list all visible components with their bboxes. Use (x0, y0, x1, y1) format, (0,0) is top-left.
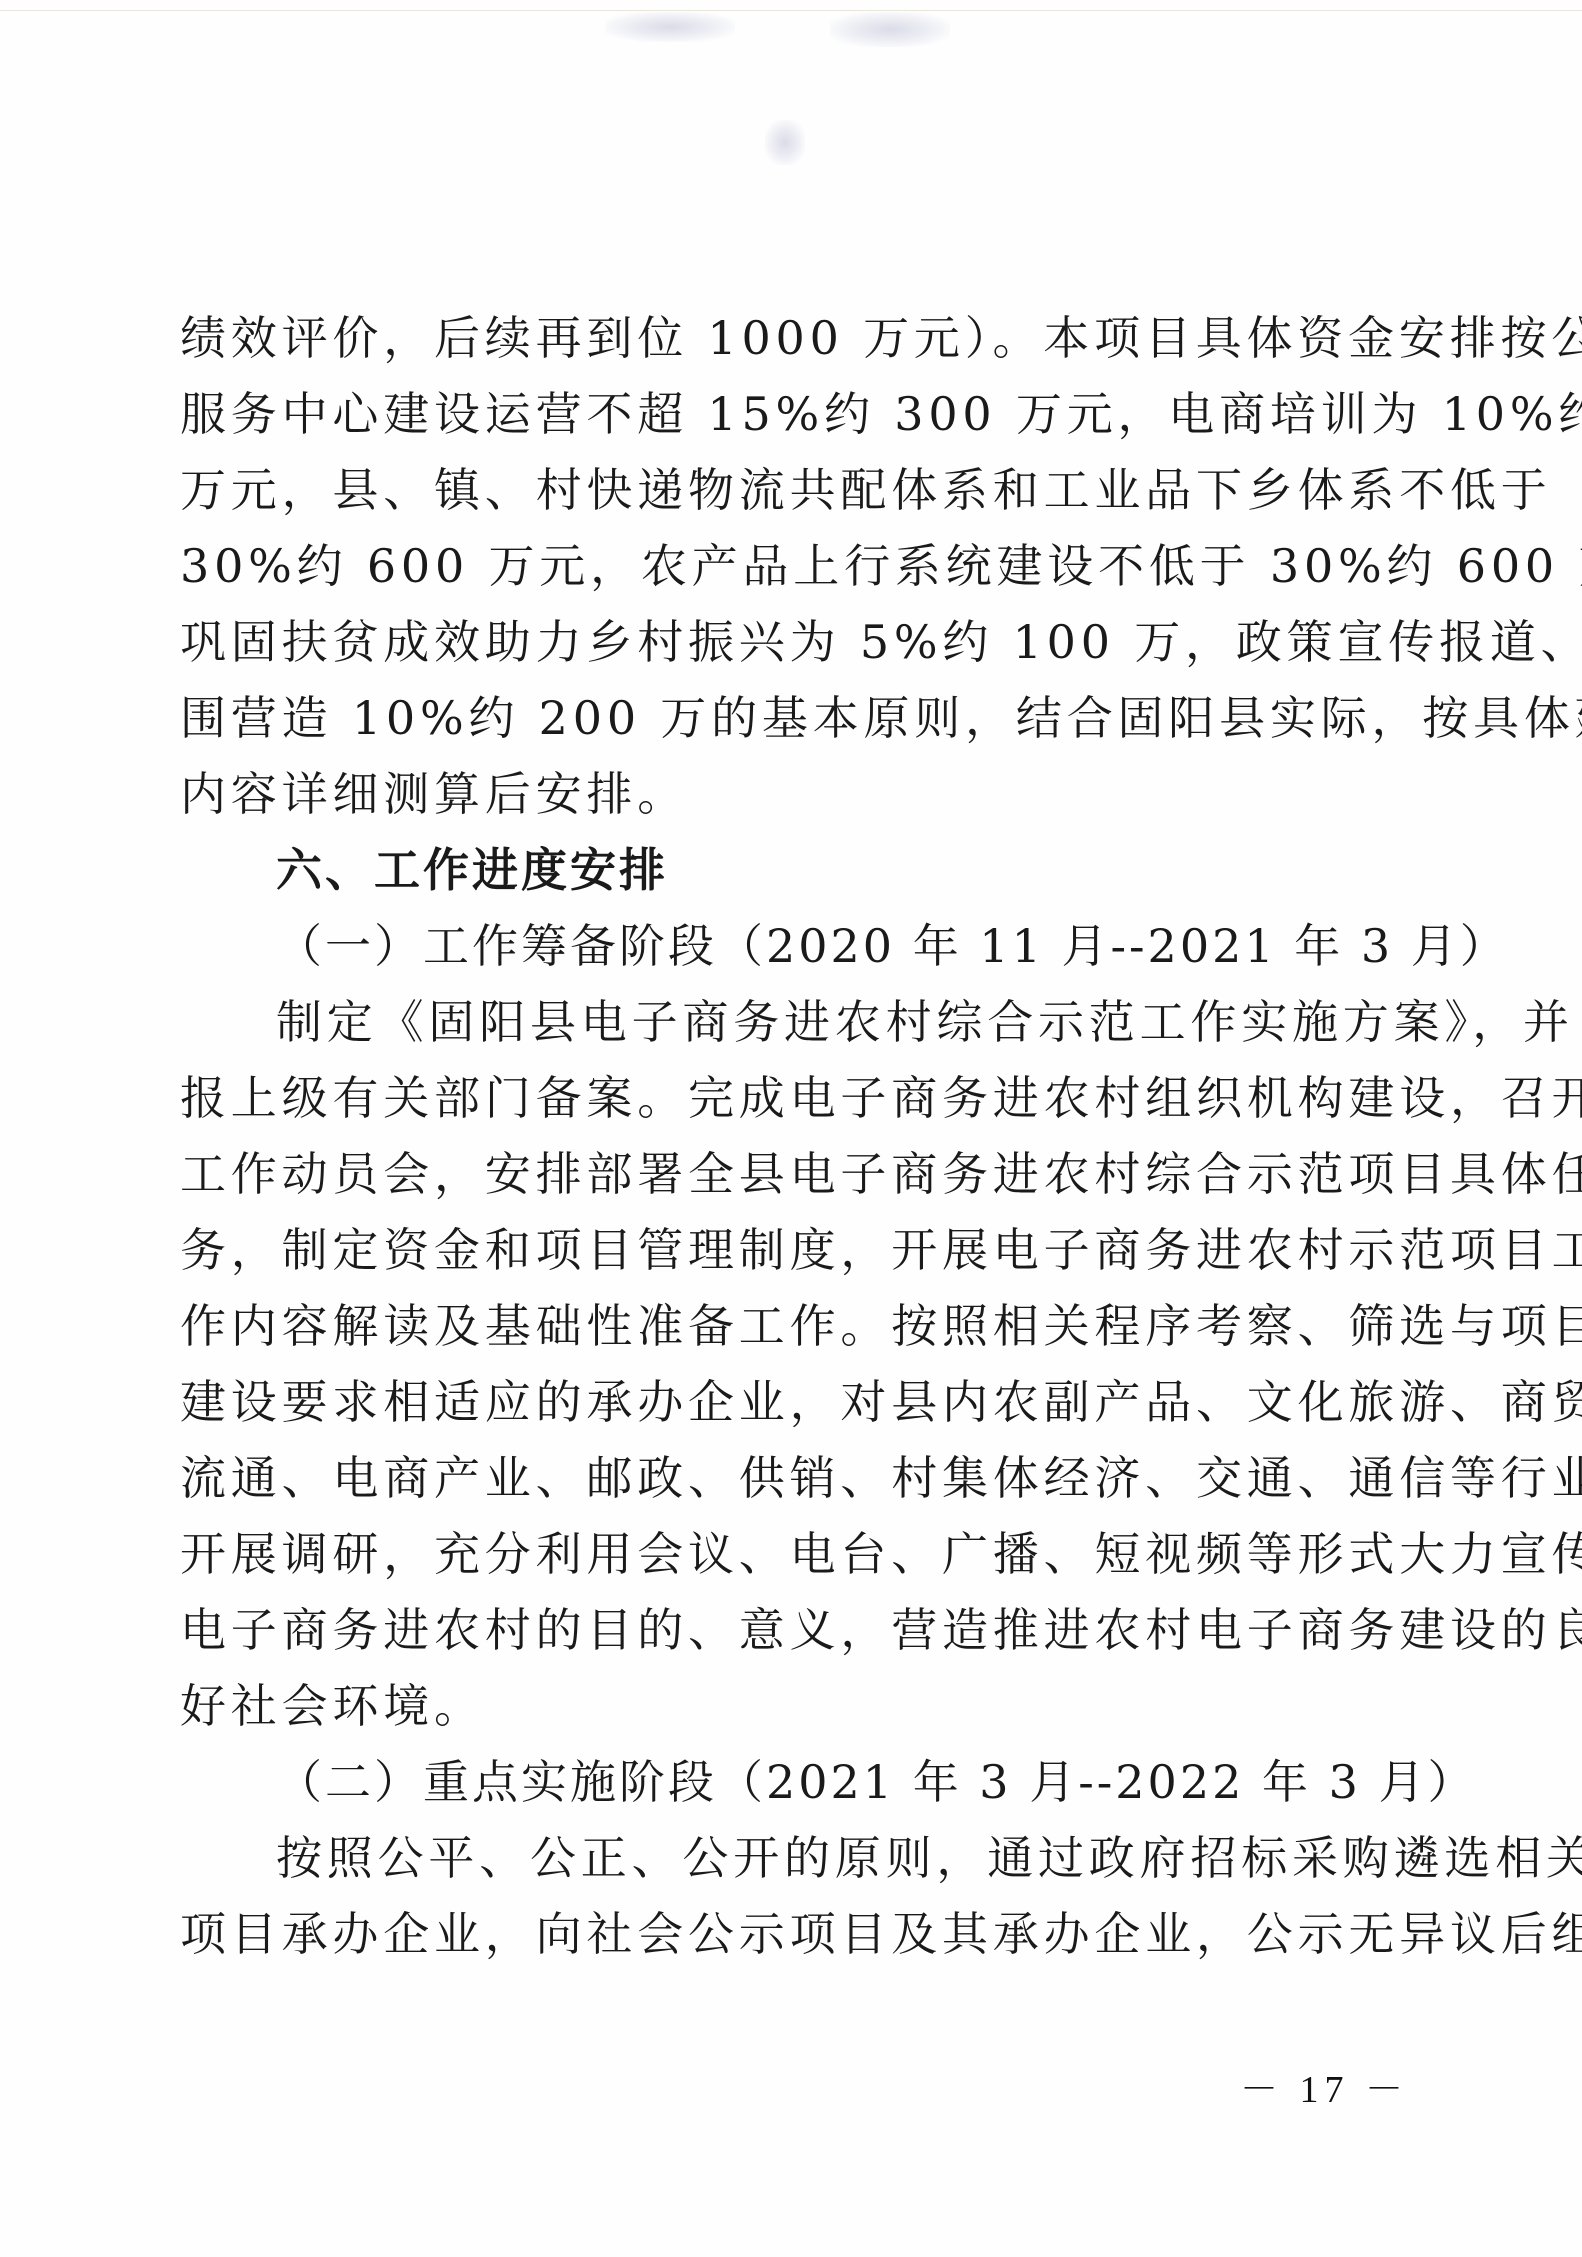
paragraph-line: 项目承办企业，向社会公示项目及其承办企业，公示无异议后组 (180, 1896, 1360, 1972)
paragraph-line: 按照公平、公正、公开的原则，通过政府招标采购遴选相关 (180, 1820, 1360, 1896)
paragraph-line: 30%约 600 万元，农产品上行系统建设不低于 30%约 600 万元， (180, 528, 1360, 604)
paragraph-line: 开展调研，充分利用会议、电台、广播、短视频等形式大力宣传 (180, 1516, 1360, 1592)
page-number: － 17 － (1240, 2058, 1409, 2113)
paragraph-line: 作内容解读及基础性准备工作。按照相关程序考察、筛选与项目 (180, 1288, 1360, 1364)
paragraph-line: 制定《固阳县电子商务进农村综合示范工作实施方案》，并 (180, 984, 1360, 1060)
paragraph-line: 建设要求相适应的承办企业，对县内农副产品、文化旅游、商贸 (180, 1364, 1360, 1440)
phase-1-title: （一）工作筹备阶段（2020 年 11 月--2021 年 3 月） (180, 908, 1360, 984)
section-heading: 六、工作进度安排 (180, 832, 1360, 908)
paragraph-line: 务，制定资金和项目管理制度，开展电子商务进农村示范项目工 (180, 1212, 1360, 1288)
paragraph-line: 流通、电商产业、邮政、供销、村集体经济、交通、通信等行业 (180, 1440, 1360, 1516)
document-page: 绩效评价，后续再到位 1000 万元）。本项目具体资金安排按公共 服务中心建设运… (0, 0, 1582, 2257)
paragraph-line: 电子商务进农村的目的、意义，营造推进农村电子商务建设的良 (180, 1592, 1360, 1668)
scan-bleed-smudge (830, 12, 950, 47)
paragraph-line: 内容详细测算后安排。 (180, 756, 1360, 832)
paragraph-line: 报上级有关部门备案。完成电子商务进农村组织机构建设，召开 (180, 1060, 1360, 1136)
paragraph-line: 好社会环境。 (180, 1668, 1360, 1744)
paragraph-line: 巩固扶贫成效助力乡村振兴为 5%约 100 万，政策宣传报道、氛 (180, 604, 1360, 680)
paragraph-line: 工作动员会，安排部署全县电子商务进农村综合示范项目具体任 (180, 1136, 1360, 1212)
phase-2-title: （二）重点实施阶段（2021 年 3 月--2022 年 3 月） (180, 1744, 1360, 1820)
paragraph-line: 万元，县、镇、村快递物流共配体系和工业品下乡体系不低于 (180, 452, 1360, 528)
scan-edge-line (0, 10, 1582, 11)
body-text: 绩效评价，后续再到位 1000 万元）。本项目具体资金安排按公共 服务中心建设运… (180, 300, 1360, 1972)
scan-bleed-smudge (605, 12, 735, 42)
scan-bleed-smudge (765, 120, 805, 165)
paragraph-line: 绩效评价，后续再到位 1000 万元）。本项目具体资金安排按公共 (180, 300, 1360, 376)
paragraph-line: 服务中心建设运营不超 15%约 300 万元，电商培训为 10%约 200 (180, 376, 1360, 452)
paragraph-line: 围营造 10%约 200 万的基本原则，结合固阳县实际，按具体建设 (180, 680, 1360, 756)
